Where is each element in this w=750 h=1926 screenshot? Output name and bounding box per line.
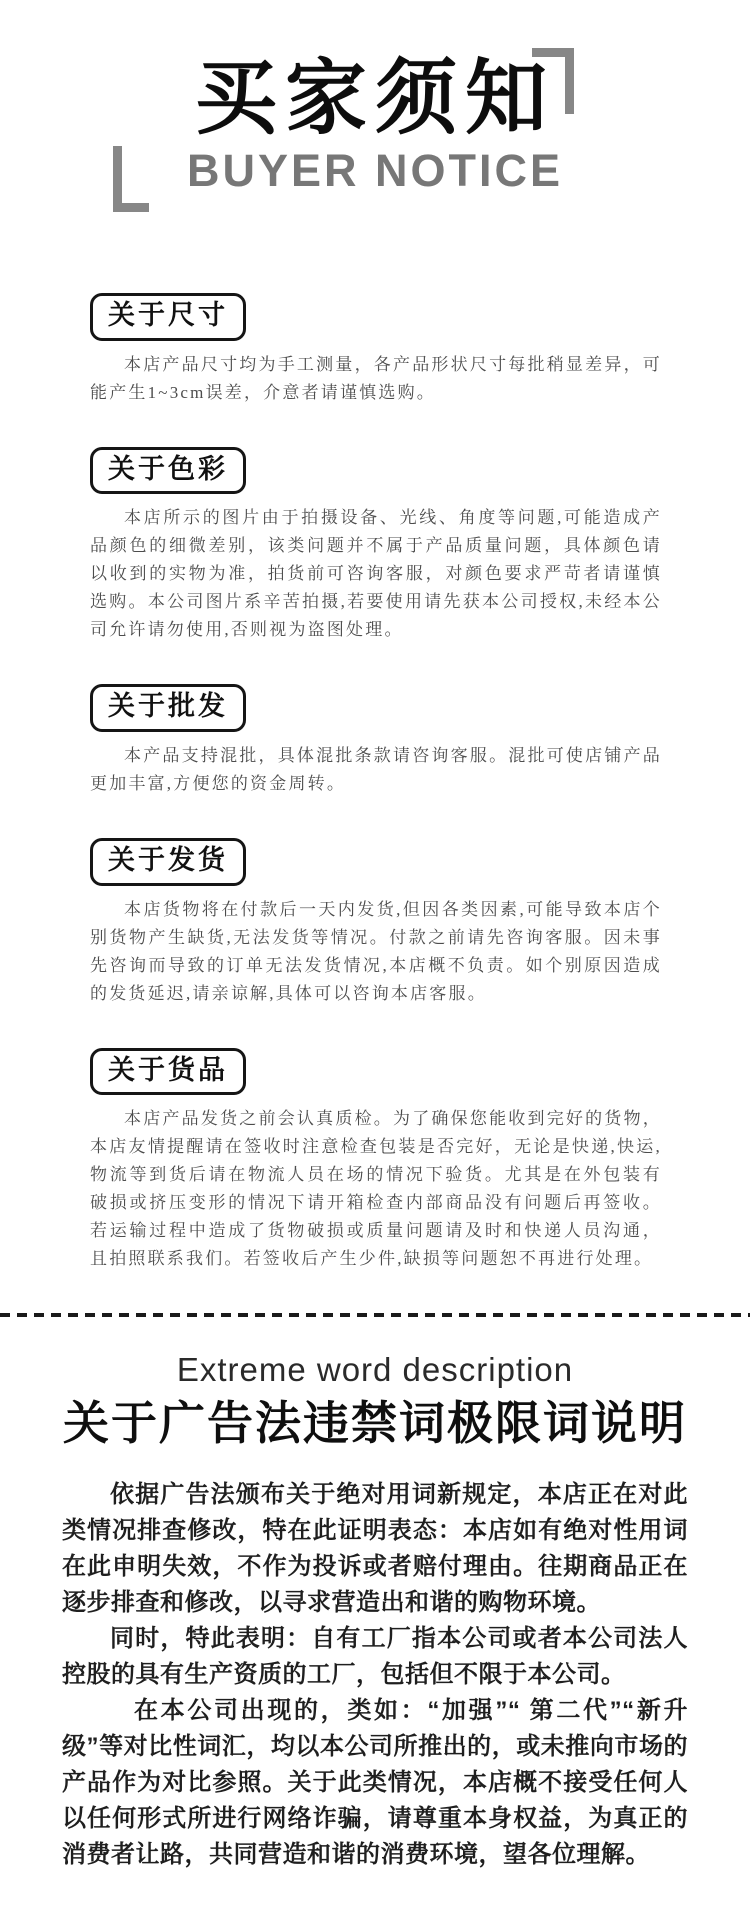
disclaimer-paragraph-1: 依据广告法颁布关于绝对用词新规定，本店正在对此类情况排查修改，特在此证明表态：本…	[62, 1477, 688, 1621]
section-size-label: 关于尺寸	[90, 293, 246, 341]
section-color-label: 关于色彩	[90, 447, 246, 495]
page-title: 买家须知	[0, 58, 750, 140]
section-shipping: 关于发货 本店货物将在付款后一天内发货,但因各类因素,可能导致本店个别货物产生缺…	[90, 838, 662, 1008]
disclaimer-paragraphs: 依据广告法颁布关于绝对用词新规定，本店正在对此类情况排查修改，特在此证明表态：本…	[0, 1477, 750, 1899]
section-size: 关于尺寸 本店产品尺寸均为手工测量，各产品形状尺寸每批稍显差异，可能产生1~3c…	[90, 293, 662, 407]
section-wholesale: 关于批发 本产品支持混批，具体混批条款请咨询客服。混批可使店铺产品更加丰富,方便…	[90, 684, 662, 798]
disclaimer-title-en: Extreme word description	[0, 1351, 750, 1389]
section-color: 关于色彩 本店所示的图片由于拍摄设备、光线、角度等问题,可能造成产品颜色的细微差…	[90, 447, 662, 645]
disclaimer-paragraph-2: 同时，特此表明：自有工厂指本公司或者本公司法人控股的具有生产资质的工厂，包括但不…	[62, 1621, 688, 1693]
corner-bracket-bottom-left-icon	[113, 146, 149, 212]
section-goods-body: 本店产品发货之前会认真质检。为了确保您能收到完好的货物，本店友情提醒请在签收时注…	[90, 1105, 662, 1273]
notice-sections: 关于尺寸 本店产品尺寸均为手工测量，各产品形状尺寸每批稍显差异，可能产生1~3c…	[0, 293, 750, 1273]
disclaimer-section: Extreme word description 关于广告法违禁词极限词说明 依…	[0, 1351, 750, 1898]
section-color-body: 本店所示的图片由于拍摄设备、光线、角度等问题,可能造成产品颜色的细微差别，该类问…	[90, 504, 662, 644]
disclaimer-title-cn: 关于广告法违禁词极限词说明	[0, 1395, 750, 1453]
section-shipping-label: 关于发货	[90, 838, 246, 886]
page-header: 买家须知 BUYER NOTICE	[0, 0, 750, 193]
corner-bracket-top-right-icon	[532, 48, 574, 114]
section-goods: 关于货品 本店产品发货之前会认真质检。为了确保您能收到完好的货物，本店友情提醒请…	[90, 1048, 662, 1274]
section-wholesale-body: 本产品支持混批，具体混批条款请咨询客服。混批可使店铺产品更加丰富,方便您的资金周…	[90, 742, 662, 798]
buyer-notice-page: 买家须知 BUYER NOTICE 关于尺寸 本店产品尺寸均为手工测量，各产品形…	[0, 0, 750, 1899]
section-wholesale-label: 关于批发	[90, 684, 246, 732]
dashed-divider	[0, 1313, 750, 1317]
section-shipping-body: 本店货物将在付款后一天内发货,但因各类因素,可能导致本店个别货物产生缺货,无法发…	[90, 896, 662, 1008]
section-goods-label: 关于货品	[90, 1048, 246, 1096]
disclaimer-paragraph-3: 在本公司出现的，类如：“加强”“ 第二代”“新升级”等对比性词汇，均以本公司所推…	[62, 1693, 688, 1873]
section-size-body: 本店产品尺寸均为手工测量，各产品形状尺寸每批稍显差异，可能产生1~3cm误差，介…	[90, 351, 662, 407]
